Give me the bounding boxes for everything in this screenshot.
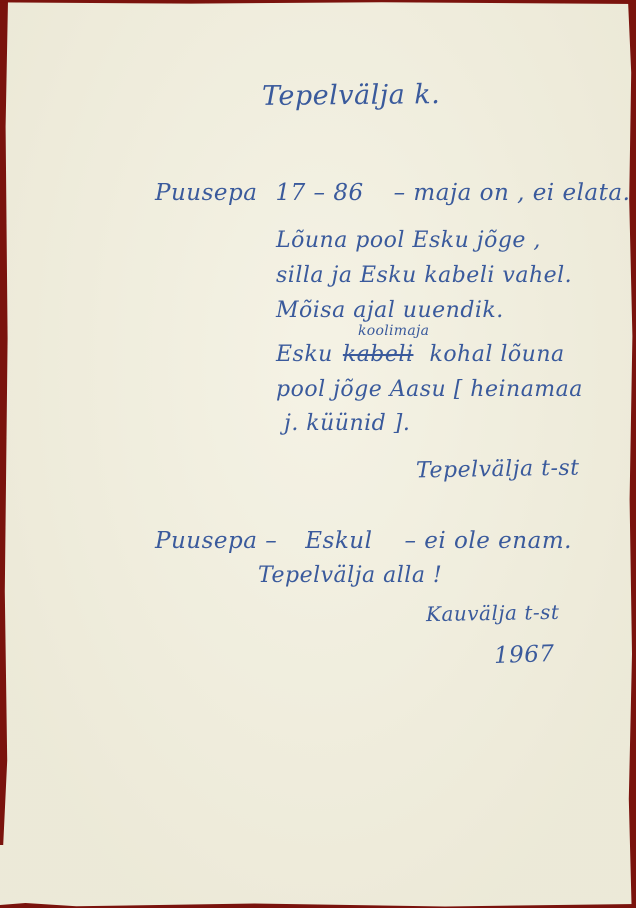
inserted-word-above: koolimaja <box>358 323 429 339</box>
entry1-line1: Lõuna pool Esku jõge , <box>276 228 541 253</box>
entry1-attribution: Tepelvälja t-st <box>416 456 580 484</box>
entry1-heading: Puusepa17 – 86– maja on , ei elata. <box>155 180 630 206</box>
entry1-note: – maja on , ei elata. <box>394 180 631 206</box>
scan-edge-right <box>628 0 636 908</box>
entry2-place: Eskul <box>305 528 372 554</box>
scan-edge-left <box>0 0 8 845</box>
entry2-year: 1967 <box>494 641 555 669</box>
entry2-note: – ei ole enam. <box>404 528 571 554</box>
entry1-line5: j. küünid ]. <box>284 411 410 436</box>
entry1-line2: silla ja Esku kabeli vahel. <box>276 263 572 288</box>
entry2-heading: Puusepa –Eskul– ei ole enam. <box>155 528 572 554</box>
entry1-correction-line: koolimajaEskukabelikohal lõuna <box>276 342 565 367</box>
scan-edge-bottom <box>0 903 636 908</box>
note-title: Tepelvälja k. <box>262 79 441 112</box>
entry2-line1: Tepelvälja alla ! <box>258 563 442 588</box>
entry2-name: Puusepa – <box>155 528 277 554</box>
struck-word: kabeli <box>343 342 414 367</box>
entry1-number: 17 – 86 <box>275 180 363 206</box>
entry1-name: Puusepa <box>155 180 257 206</box>
correction-before: Esku <box>276 342 333 367</box>
scan-edge-top <box>0 0 636 4</box>
entry1-line3: Mõisa ajal uuendik. <box>276 298 504 323</box>
correction-after: kohal lõuna <box>429 342 564 367</box>
entry2-attribution: Kauvälja t-st <box>426 600 560 626</box>
scanned-note-page: Tepelvälja k. Puusepa17 – 86– maja on , … <box>0 0 636 908</box>
entry1-line4: pool jõge Aasu [ heinamaa <box>276 377 583 402</box>
